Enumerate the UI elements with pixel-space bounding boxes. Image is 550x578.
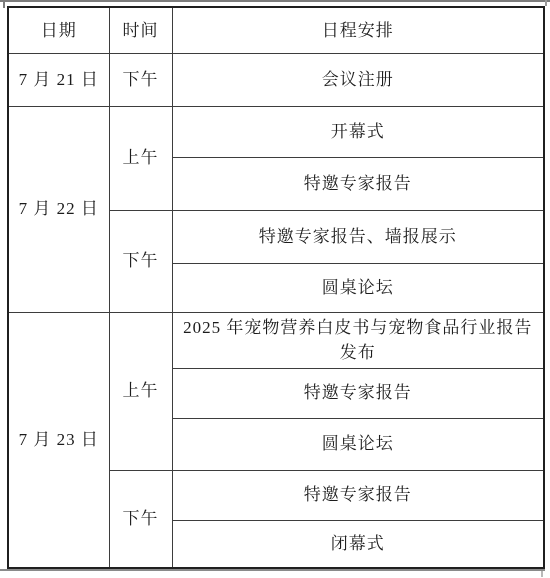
table-row: 7 月 23 日 上午 2025 年宠物营养白皮书与宠物食品行业报告发布 xyxy=(8,312,544,368)
page-boundary-tick-bottom-right xyxy=(541,571,543,577)
agenda-cell-closing-ceremony: 闭幕式 xyxy=(172,520,544,568)
time-cell-jul23-pm: 下午 xyxy=(109,470,172,568)
agenda-cell-expert-reports-2: 特邀专家报告 xyxy=(172,368,544,418)
agenda-cell-expert-reports-3: 特邀专家报告 xyxy=(172,470,544,520)
date-cell-jul-21: 7 月 21 日 xyxy=(8,53,109,106)
page-boundary-line-top xyxy=(0,0,550,2)
agenda-cell-expert-reports-posters: 特邀专家报告、墙报展示 xyxy=(172,210,544,263)
table-row: 7 月 22 日 上午 开幕式 xyxy=(8,106,544,157)
date-cell-jul-23: 7 月 23 日 xyxy=(8,312,109,568)
document-page: 日期 时间 日程安排 7 月 21 日 下午 会议注册 7 月 22 日 上午 … xyxy=(0,0,550,578)
agenda-cell-roundtable-1: 圆桌论坛 xyxy=(172,263,544,312)
table-header-row: 日期 时间 日程安排 xyxy=(8,7,544,53)
page-boundary-tick-top-right xyxy=(545,0,547,6)
header-date: 日期 xyxy=(8,7,109,53)
agenda-cell-expert-reports-1: 特邀专家报告 xyxy=(172,157,544,210)
time-cell-jul23-am: 上午 xyxy=(109,312,172,470)
agenda-cell-whitepaper-release: 2025 年宠物营养白皮书与宠物食品行业报告发布 xyxy=(172,312,544,368)
header-time: 时间 xyxy=(109,7,172,53)
conference-schedule-table: 日期 时间 日程安排 7 月 21 日 下午 会议注册 7 月 22 日 上午 … xyxy=(7,6,545,569)
date-cell-jul-22: 7 月 22 日 xyxy=(8,106,109,312)
time-cell-jul22-pm: 下午 xyxy=(109,210,172,312)
time-cell-jul21-pm: 下午 xyxy=(109,53,172,106)
agenda-cell-registration: 会议注册 xyxy=(172,53,544,106)
time-cell-jul22-am: 上午 xyxy=(109,106,172,210)
agenda-cell-roundtable-2: 圆桌论坛 xyxy=(172,418,544,470)
header-agenda: 日程安排 xyxy=(172,7,544,53)
table-row: 7 月 21 日 下午 会议注册 xyxy=(8,53,544,106)
page-boundary-line-bottom xyxy=(0,569,545,571)
agenda-cell-opening-ceremony: 开幕式 xyxy=(172,106,544,157)
page-boundary-tick-top-left xyxy=(3,0,5,8)
